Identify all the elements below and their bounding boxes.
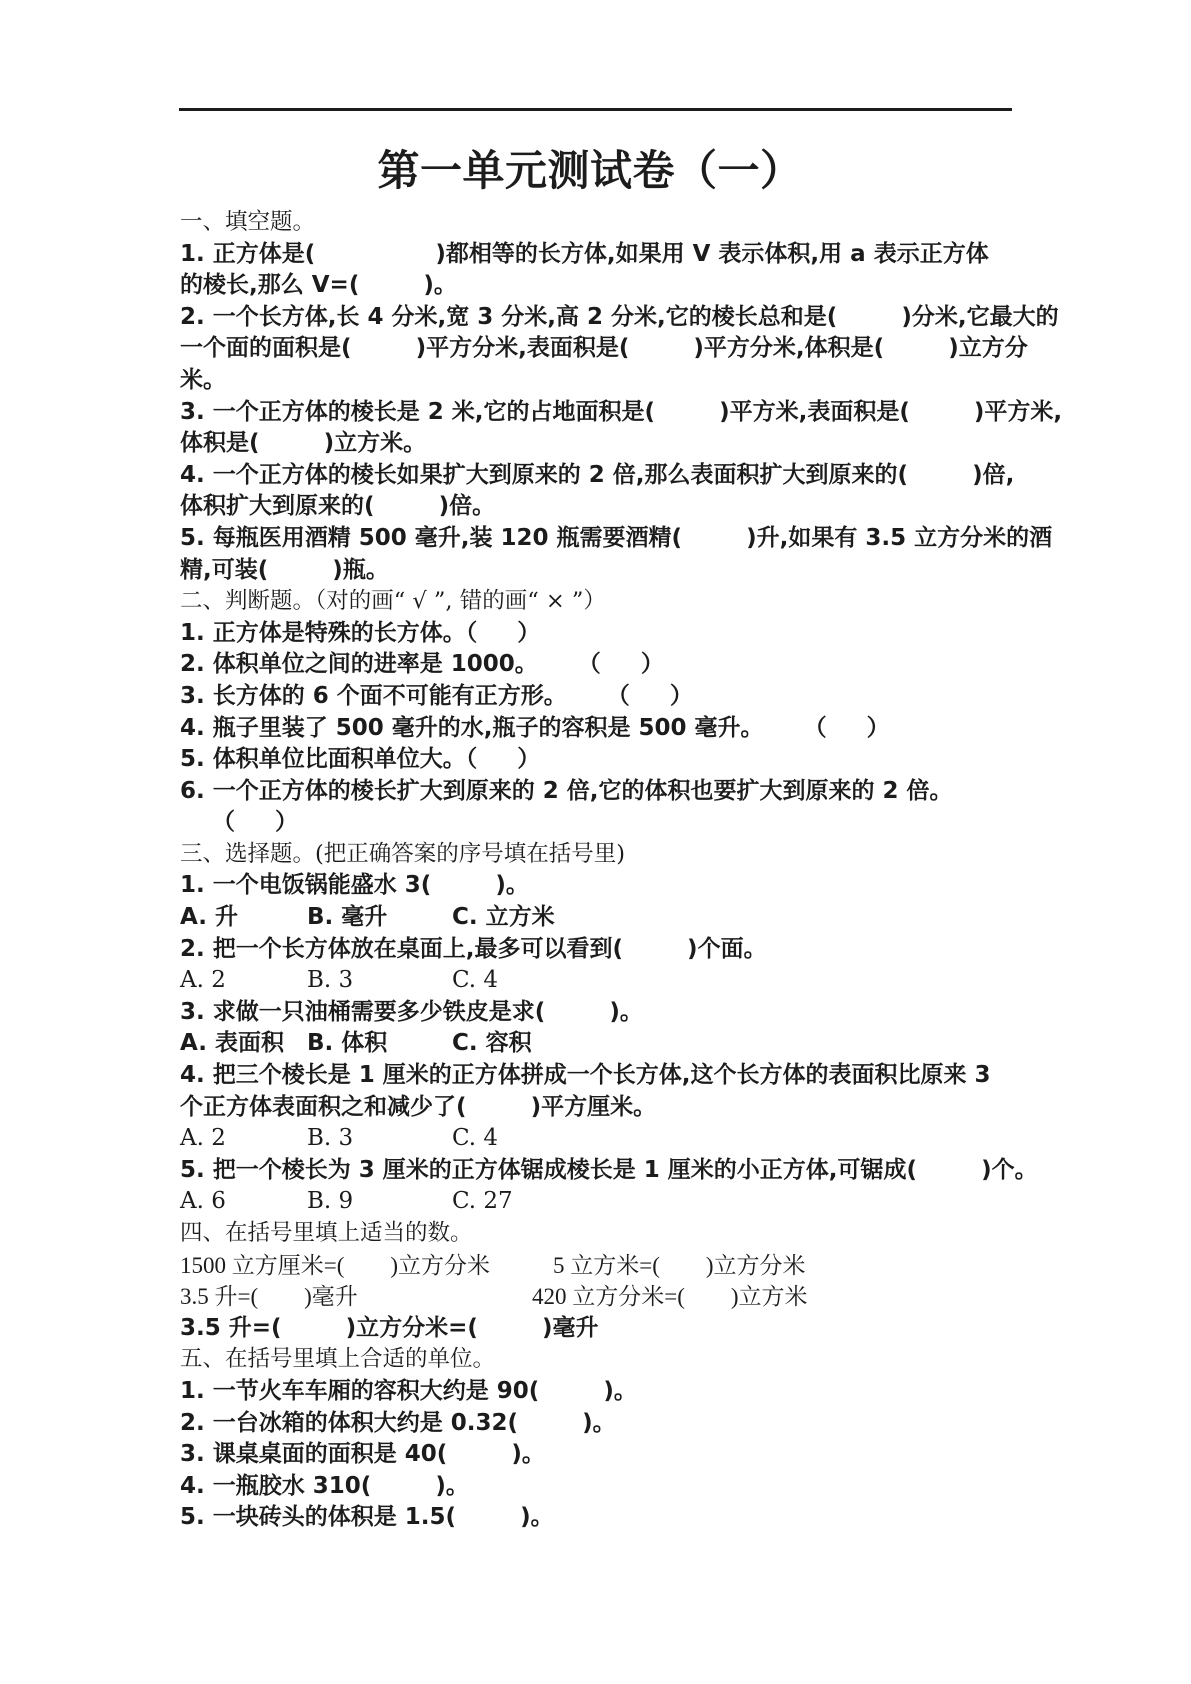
text-line: 3. 长方体的 6 个面不可能有正方形。 （ ） <box>180 681 1013 713</box>
conversion-right: 5 立方米=( )立方分米 <box>553 1250 806 1282</box>
text-line: 2. 一台冰箱的体积大约是 0.32( )。 <box>180 1408 1013 1440</box>
text-line: 4. 把三个棱长是 1 厘米的正方体拼成一个长方体,这个长方体的表面积比原来 3 <box>180 1060 1013 1092</box>
text-line: 2. 把一个长方体放在桌面上,最多可以看到( )个面。 <box>180 934 1013 966</box>
text-line: 体积是( )立方米。 <box>180 428 1013 460</box>
text-line: 4. 一个正方体的棱长如果扩大到原来的 2 倍,那么表面积扩大到原来的( )倍, <box>180 460 1013 492</box>
choice-option: C. 4 <box>452 1123 498 1155</box>
choice-option: A. 升 <box>180 902 238 934</box>
section-heading: 二、判断题。（对的画“ √ ”, 错的画“ × ”） <box>180 586 1013 618</box>
text-line: 4. 一瓶胶水 310( )。 <box>180 1471 1013 1503</box>
text-line: 5. 体积单位比面积单位大。（ ） <box>180 744 1013 776</box>
text-line: 5. 把一个棱长为 3 厘米的正方体锯成棱长是 1 厘米的小正方体,可锯成( )… <box>180 1155 1013 1187</box>
text-line: 3. 求做一只油桶需要多少铁皮是求( )。 <box>180 997 1013 1029</box>
section-heading: 一、填空题。 <box>180 207 1013 239</box>
text-line: 2. 体积单位之间的进率是 1000。 （ ） <box>180 649 1013 681</box>
text-line: 3. 一个正方体的棱长是 2 米,它的占地面积是( )平方米,表面积是( )平方… <box>180 397 1013 429</box>
choice-option: B. 3 <box>307 1123 353 1155</box>
choice-option: A. 2 <box>180 965 226 997</box>
text-line: 2. 一个长方体,长 4 分米,宽 3 分米,高 2 分米,它的棱长总和是( )… <box>180 302 1013 334</box>
choice-option: B. 9 <box>307 1186 353 1218</box>
conversion-right: 420 立方分米=( )立方米 <box>532 1281 808 1313</box>
text-line: 1. 一节火车车厢的容积大约是 90( )。 <box>180 1376 1013 1408</box>
text-line: 精,可装( )瓶。 <box>180 555 1013 587</box>
header-rule <box>179 108 1012 111</box>
text-line: （ ） <box>180 807 1013 839</box>
text-line: 个正方体表面积之和减少了( )平方厘米。 <box>180 1092 1013 1124</box>
text-line: A. 2B. 3C. 4 <box>180 965 1013 997</box>
text-line: 3.5 升=( )立方分米=( )毫升 <box>180 1313 1013 1345</box>
choice-option: C. 4 <box>452 965 498 997</box>
choice-option: C. 容积 <box>452 1028 532 1060</box>
worksheet-body: 一、填空题。1. 正方体是( )都相等的长方体,如果用 V 表示体积,用 a 表… <box>180 207 1013 1534</box>
section-heading: 四、在括号里填上适当的数。 <box>180 1218 1013 1250</box>
text-line: 1. 一个电饭锅能盛水 3( )。 <box>180 870 1013 902</box>
choice-option: C. 27 <box>452 1186 513 1218</box>
text-line: 3.5 升=( )毫升420 立方分米=( )立方米 <box>180 1281 1013 1313</box>
choice-option: B. 3 <box>307 965 353 997</box>
choice-option: A. 表面积 <box>180 1028 284 1060</box>
text-line: 的棱长,那么 V=( )。 <box>180 270 1013 302</box>
text-line: 一个面的面积是( )平方分米,表面积是( )平方分米,体积是( )立方分 <box>180 333 1013 365</box>
choice-option: B. 体积 <box>307 1028 387 1060</box>
choice-option: A. 2 <box>180 1123 226 1155</box>
text-line: 1500 立方厘米=( )立方分米5 立方米=( )立方分米 <box>180 1250 1013 1282</box>
text-line: 6. 一个正方体的棱长扩大到原来的 2 倍,它的体积也要扩大到原来的 2 倍。 <box>180 776 1013 808</box>
choice-option: C. 立方米 <box>452 902 555 934</box>
page-title: 第一单元测试卷（一） <box>0 142 1180 200</box>
text-line: 3. 课桌桌面的面积是 40( )。 <box>180 1439 1013 1471</box>
text-line: A. 表面积B. 体积C. 容积 <box>180 1028 1013 1060</box>
text-line: A. 升B. 毫升C. 立方米 <box>180 902 1013 934</box>
text-line: 5. 每瓶医用酒精 500 毫升,装 120 瓶需要酒精( )升,如果有 3.5… <box>180 523 1013 555</box>
section-heading: 五、在括号里填上合适的单位。 <box>180 1344 1013 1376</box>
text-line: A. 2B. 3C. 4 <box>180 1123 1013 1155</box>
text-line: 体积扩大到原来的( )倍。 <box>180 491 1013 523</box>
text-line: 米。 <box>180 365 1013 397</box>
text-line: 1. 正方体是特殊的长方体。（ ） <box>180 618 1013 650</box>
section-heading: 三、选择题。(把正确答案的序号填在括号里) <box>180 839 1013 871</box>
conversion-left: 1500 立方厘米=( )立方分米 <box>180 1253 490 1278</box>
choice-option: A. 6 <box>180 1186 226 1218</box>
text-line: 4. 瓶子里装了 500 毫升的水,瓶子的容积是 500 毫升。 （ ） <box>180 713 1013 745</box>
text-line: 5. 一块砖头的体积是 1.5( )。 <box>180 1502 1013 1534</box>
worksheet-page: 第一单元测试卷（一） 一、填空题。1. 正方体是( )都相等的长方体,如果用 V… <box>0 0 1191 1684</box>
text-line: 1. 正方体是( )都相等的长方体,如果用 V 表示体积,用 a 表示正方体 <box>180 239 1013 271</box>
text-line: A. 6B. 9C. 27 <box>180 1186 1013 1218</box>
conversion-left: 3.5 升=( )毫升 <box>180 1284 358 1309</box>
choice-option: B. 毫升 <box>307 902 387 934</box>
